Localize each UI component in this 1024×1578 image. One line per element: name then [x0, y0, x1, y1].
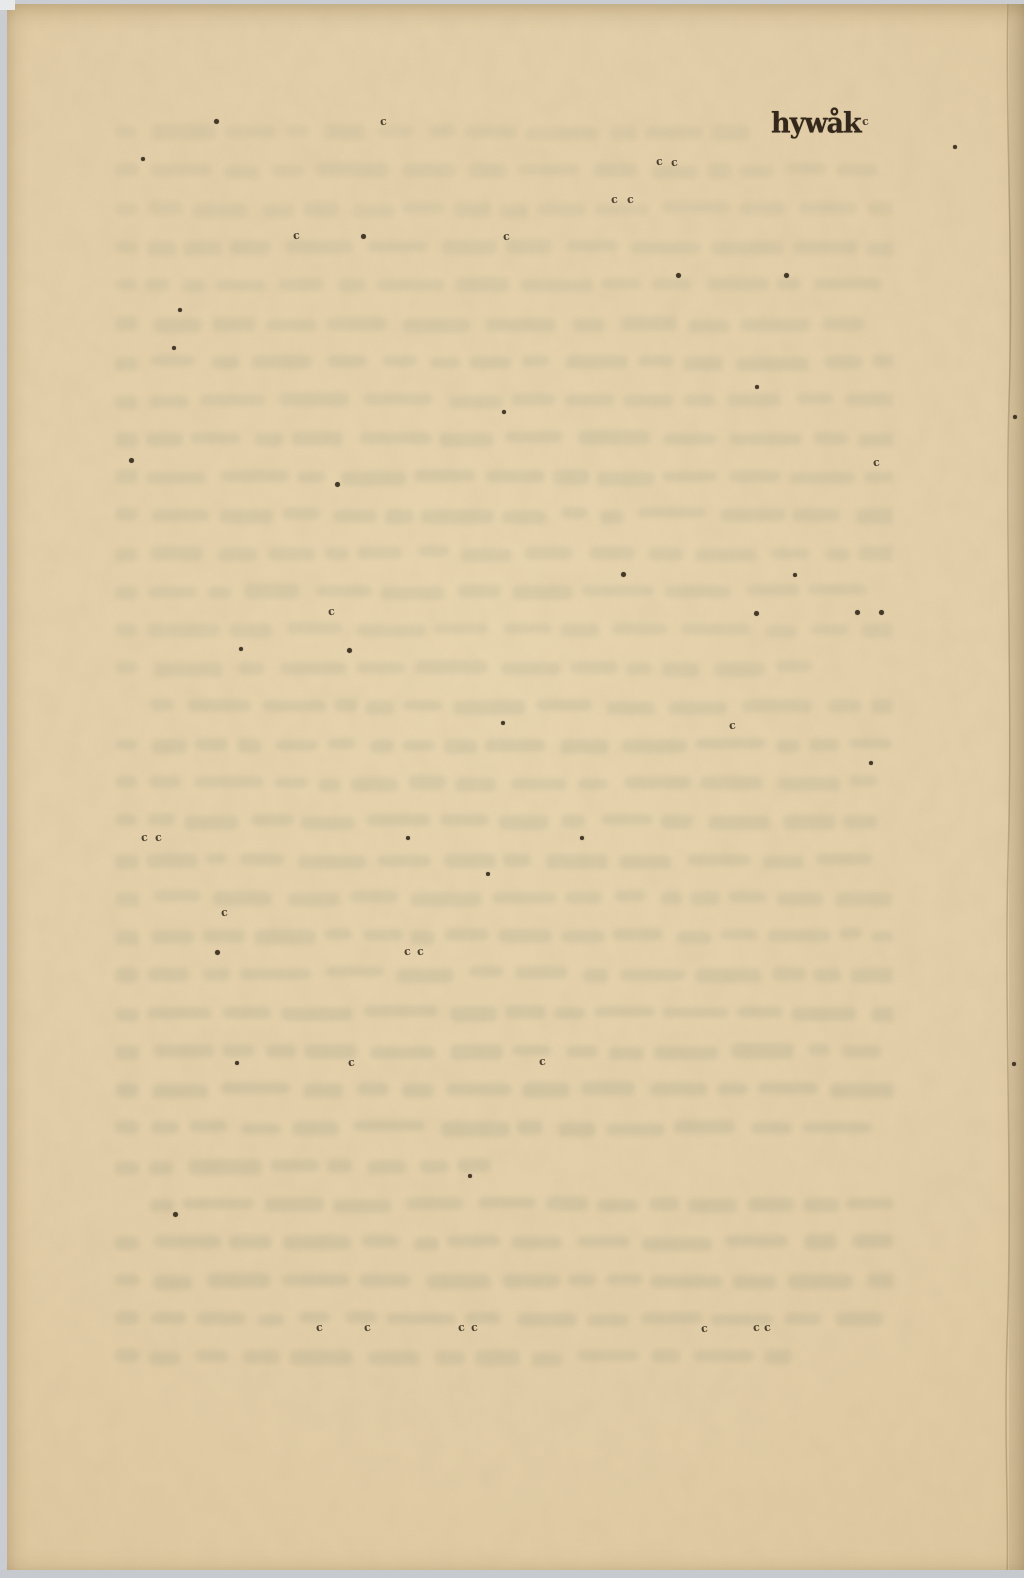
ink-speck-dot [953, 145, 957, 149]
ghost-word [183, 241, 222, 256]
ink-speck-dot [855, 610, 860, 615]
ghost-word [218, 547, 257, 562]
ghost-word [606, 1123, 665, 1136]
ghost-word [553, 469, 589, 485]
ghost-word [621, 739, 687, 752]
ghost-text-line [115, 1120, 893, 1137]
ghost-word [243, 1350, 278, 1364]
ghost-word [241, 1123, 281, 1135]
ghost-word [614, 890, 646, 902]
ghost-word [283, 1235, 351, 1250]
ghost-word [772, 967, 806, 982]
ghost-word [356, 624, 426, 637]
ghost-word [500, 204, 528, 218]
ghost-word [683, 356, 723, 371]
ghost-word [810, 624, 849, 635]
ink-speck-dot [1012, 1062, 1016, 1066]
ghost-word [843, 815, 877, 829]
ghost-word [554, 1007, 585, 1019]
ghost-word [377, 279, 444, 291]
ghost-word [115, 395, 138, 409]
ink-speck-dot [502, 410, 506, 414]
ghost-word [366, 814, 431, 826]
ghost-word [220, 470, 289, 482]
ghost-word [450, 1006, 496, 1022]
ghost-word [151, 739, 187, 754]
ghost-word [229, 623, 272, 637]
ghost-word [219, 509, 273, 524]
ghost-text-line [115, 890, 893, 907]
ghost-word [856, 508, 893, 523]
ghost-word [327, 1159, 353, 1173]
ghost-word [578, 430, 651, 445]
ghost-word [737, 1006, 783, 1018]
ghost-word [115, 1274, 139, 1287]
ghost-word [475, 1350, 520, 1366]
ghost-word [325, 966, 384, 977]
ghost-text-line [115, 1349, 820, 1366]
ghost-word [708, 163, 731, 178]
ghost-word [654, 1046, 718, 1060]
ink-speck-dot [172, 346, 176, 350]
ghost-word [292, 1121, 339, 1136]
ghost-word [664, 585, 731, 598]
ghost-word [828, 699, 862, 713]
ghost-word [601, 278, 641, 289]
ghost-word [115, 1045, 139, 1060]
book-page: ccccccccccccccccccccccccc hywåk [0, 0, 1024, 1578]
ghost-word [565, 891, 601, 905]
ghost-word [561, 814, 587, 829]
ghost-word [115, 1349, 139, 1362]
ghost-word [623, 394, 673, 407]
ghost-word [115, 967, 139, 983]
ink-speck-curl: c [154, 832, 162, 844]
ghost-word [581, 1081, 635, 1096]
ghost-word [152, 124, 217, 139]
ghost-word [700, 776, 764, 791]
ghost-word [560, 623, 599, 636]
ghost-word [502, 510, 546, 524]
ghost-word [402, 163, 456, 177]
ghost-word [382, 355, 417, 367]
ghost-word [188, 1159, 262, 1175]
ghost-word [652, 1349, 679, 1363]
ghost-word [207, 1273, 270, 1287]
ghost-word [406, 1197, 464, 1210]
ghost-word [334, 698, 358, 712]
ghost-word [662, 471, 717, 482]
ghost-word [194, 776, 263, 788]
ghost-word [748, 1197, 794, 1212]
ghost-word [115, 623, 138, 636]
ghost-word [694, 1350, 754, 1363]
ghost-word [115, 1120, 139, 1134]
ghost-text-line [115, 1081, 893, 1098]
ghost-word [195, 738, 228, 751]
ghost-word [430, 357, 461, 368]
ghost-word [115, 1008, 139, 1022]
ghost-word [182, 1198, 254, 1209]
ghost-word [115, 548, 138, 562]
ghost-word [457, 584, 501, 598]
ghost-word [154, 1235, 222, 1248]
ghost-word [364, 1005, 437, 1017]
ghost-word [115, 1311, 139, 1324]
ghost-text-line [115, 966, 893, 983]
ink-speck-dot [141, 157, 145, 161]
ink-speck-curl: c [292, 230, 300, 242]
ghost-word [708, 815, 769, 830]
ghost-word [649, 1197, 680, 1211]
ghost-word [521, 279, 594, 293]
ghost-word [380, 586, 445, 600]
ghost-word [867, 1273, 893, 1288]
ghost-word [729, 470, 780, 483]
ghost-word [421, 509, 493, 524]
ghost-word [469, 356, 510, 369]
ghost-word [546, 1196, 587, 1211]
ghost-word [789, 472, 856, 484]
ghost-text-line [115, 124, 762, 141]
ghost-word [837, 164, 878, 177]
ghost-word [402, 740, 436, 751]
ghost-word [115, 241, 138, 252]
ghost-word [279, 392, 349, 407]
ghost-word [338, 278, 366, 292]
ghost-word [630, 242, 701, 254]
ink-speck-curl: c [763, 1322, 771, 1334]
ink-speck-curl: c [379, 116, 387, 128]
ghost-word [221, 1082, 290, 1093]
ghost-word [115, 854, 139, 869]
ghost-word [350, 890, 398, 903]
ghost-word [324, 547, 348, 560]
ghost-word [453, 700, 525, 715]
ghost-word [149, 201, 182, 215]
ghost-word [650, 1275, 722, 1289]
ghost-word [298, 855, 367, 869]
ghost-word [517, 1120, 543, 1135]
ghost-word [446, 1083, 511, 1096]
ghost-word [282, 507, 320, 520]
ghost-word [115, 930, 139, 945]
ghost-word [442, 240, 497, 255]
ink-speck-dot [214, 119, 219, 124]
ghost-word [203, 929, 246, 943]
ghost-text-line [115, 1158, 520, 1175]
ghost-word [725, 1235, 789, 1247]
ghost-word [297, 471, 325, 483]
ink-speck-curl: c [416, 946, 424, 958]
ghost-text-line [115, 162, 893, 179]
ghost-word [237, 662, 265, 675]
ghost-word [690, 891, 720, 906]
ghost-word [561, 507, 588, 519]
ghost-word [776, 739, 800, 753]
ghost-word [650, 1082, 707, 1096]
ink-speck-dot [1013, 415, 1017, 419]
scanner-background-left [0, 0, 7, 1578]
scanner-background-corner [0, 0, 15, 10]
ghost-text-line [115, 583, 893, 600]
ghost-word [359, 1274, 410, 1286]
ghost-word [524, 546, 573, 560]
ghost-word [503, 853, 531, 867]
ghost-word [149, 1352, 180, 1366]
ghost-text-line [115, 430, 893, 447]
ghost-word [196, 1350, 229, 1362]
ink-speck-dot [235, 1061, 239, 1065]
ghost-word [714, 662, 765, 677]
ghost-word [611, 623, 667, 635]
ghost-word [326, 317, 386, 331]
ghost-word [115, 203, 138, 214]
ghost-word [146, 432, 183, 447]
ghost-word [620, 316, 677, 330]
ghost-word [115, 739, 138, 751]
ghost-word [587, 1314, 628, 1327]
ghost-word [871, 1007, 893, 1022]
ghost-word [115, 1083, 139, 1098]
ink-speck-curl: c [700, 1323, 708, 1335]
ink-speck-dot [178, 308, 182, 312]
ghost-word [768, 929, 830, 942]
ghost-word [793, 241, 858, 254]
ghost-text-line [115, 1273, 893, 1290]
ink-speck-dot [468, 1174, 472, 1178]
ink-speck-dot [784, 273, 789, 278]
ghost-word [777, 892, 824, 906]
ghost-word [764, 625, 797, 638]
ghost-word [565, 394, 615, 406]
ghost-word [363, 929, 402, 941]
ghost-word [660, 814, 693, 830]
ghost-word [251, 355, 312, 369]
ghost-word [368, 1351, 419, 1365]
ink-speck-dot [361, 234, 366, 239]
ghost-word [660, 891, 682, 905]
ghost-word [444, 739, 477, 754]
ghost-word [345, 1311, 377, 1323]
headword: hywåk [771, 108, 861, 139]
ghost-word [648, 547, 684, 561]
ghost-word [205, 853, 227, 864]
ghost-word [418, 545, 450, 557]
ghost-word [469, 163, 508, 178]
ghost-word [440, 814, 488, 827]
ghost-text-line [115, 928, 893, 945]
ghost-word [641, 1312, 702, 1324]
ghost-word [149, 776, 181, 787]
ghost-word [215, 280, 266, 291]
ghost-word [239, 968, 311, 980]
ghost-text-line [115, 737, 893, 754]
ink-speck-dot [129, 458, 134, 463]
ghost-word [597, 471, 654, 486]
ink-speck-curl: c [347, 1057, 355, 1069]
ghost-word [282, 1274, 350, 1285]
ghost-word [152, 509, 209, 523]
ghost-word [505, 431, 563, 443]
ghost-word [721, 929, 758, 941]
scanner-background-top [0, 0, 1024, 4]
ghost-word [115, 892, 139, 907]
ghost-word [838, 928, 862, 939]
ghost-word [151, 1121, 178, 1134]
ink-speck-curl: c [502, 231, 510, 243]
ghost-word [850, 968, 893, 983]
ghost-word [200, 394, 265, 406]
ghost-word [567, 240, 618, 252]
ink-speck-curl: c [752, 1322, 760, 1334]
ghost-word [150, 1199, 174, 1213]
ghost-word [620, 969, 685, 981]
ghost-word [115, 163, 138, 176]
ghost-word [822, 317, 864, 331]
ghost-text-line [115, 1234, 893, 1251]
ghost-word [652, 278, 691, 290]
ghost-text-line [115, 1311, 893, 1328]
ghost-word [712, 125, 750, 141]
ghost-word [352, 204, 394, 218]
ghost-word [512, 393, 555, 406]
ghost-text-line [150, 698, 893, 715]
ghost-word [318, 778, 341, 792]
ghost-word [465, 126, 517, 138]
ghost-word [303, 202, 338, 217]
ghost-word [835, 892, 892, 907]
ghost-word [449, 395, 503, 409]
ghost-word [115, 316, 138, 331]
ghost-word [385, 509, 413, 524]
ghost-word [145, 278, 170, 291]
ghost-word [287, 892, 340, 907]
ghost-word [503, 1274, 561, 1288]
ghost-word [378, 126, 413, 137]
ink-speck-curl: c [861, 116, 869, 128]
ghost-word [683, 394, 715, 407]
ghost-word [739, 165, 775, 177]
ghost-word [266, 1044, 296, 1058]
ghost-word [439, 432, 494, 447]
ghost-word [151, 930, 195, 944]
ghost-word [485, 318, 556, 332]
ghost-word [866, 242, 893, 256]
ghost-word [455, 277, 510, 291]
ghost-word [115, 814, 138, 826]
ghost-word [410, 930, 435, 944]
ghost-word [356, 662, 405, 674]
ghost-word [595, 204, 649, 216]
ghost-word [663, 433, 716, 445]
scanner-background-bottom [0, 1570, 1024, 1578]
ghost-word [845, 393, 893, 406]
ghost-word [610, 126, 636, 141]
ghost-word [518, 164, 579, 175]
ghost-word [328, 738, 356, 750]
ghost-word [783, 814, 835, 830]
ghost-word [377, 855, 431, 867]
ghost-word [501, 662, 561, 676]
ink-speck-dot [793, 573, 797, 577]
ghost-word [370, 1046, 435, 1059]
ghost-text-line [115, 1005, 893, 1022]
ghost-word [506, 239, 553, 254]
ghost-text-line [115, 354, 893, 371]
ink-speck-dot [755, 385, 759, 389]
ghost-word [115, 279, 138, 290]
ghost-word [711, 241, 783, 255]
ghost-word [262, 204, 294, 218]
ghost-word [597, 1199, 639, 1212]
ghost-word [609, 1046, 645, 1060]
ghost-word [804, 1234, 837, 1249]
ghost-word [526, 127, 600, 140]
ink-speck-dot [406, 836, 410, 840]
ghost-word [370, 739, 394, 752]
ghost-text-line [115, 545, 893, 562]
ghost-word [645, 126, 702, 138]
ghost-word [613, 928, 661, 941]
ink-speck-dot [173, 1212, 178, 1217]
ghost-word [414, 1237, 439, 1251]
ghost-word [485, 739, 546, 753]
ink-speck-curl: c [220, 907, 228, 919]
ghost-word [262, 700, 327, 712]
ghost-word [871, 931, 893, 942]
ghost-word [278, 278, 324, 291]
ghost-word [852, 1234, 893, 1247]
ghost-word [688, 1198, 737, 1213]
ghost-word [687, 854, 751, 866]
ghost-word [593, 163, 637, 178]
ink-speck-dot [347, 648, 352, 653]
ghost-word [154, 1044, 214, 1058]
ghost-word [154, 662, 222, 677]
ghost-word [362, 393, 433, 404]
ghost-word [153, 318, 202, 333]
ghost-word [258, 1314, 284, 1327]
ghost-word [290, 1350, 352, 1365]
ghost-word [146, 472, 207, 484]
ghost-word [457, 1158, 491, 1172]
ghost-word [731, 1043, 794, 1058]
ghost-word [115, 126, 137, 139]
ghost-word [268, 547, 315, 561]
ghost-word [150, 164, 211, 176]
ghost-word [785, 1313, 821, 1325]
ghost-word [402, 318, 470, 333]
ink-speck-dot [501, 721, 505, 725]
ghost-word [115, 1236, 139, 1250]
ghost-word [849, 738, 892, 749]
ghost-word [522, 1082, 570, 1098]
ink-speck-dot [580, 836, 584, 840]
ghost-word [532, 1352, 562, 1366]
ghost-word [353, 1120, 425, 1131]
ghost-word [536, 699, 592, 711]
ghost-word [402, 202, 445, 214]
ghost-word [420, 1160, 449, 1173]
ghost-word [662, 1007, 729, 1018]
ghost-word [146, 853, 198, 868]
ghost-word [681, 623, 750, 635]
faded-text-block [0, 0, 1024, 1578]
ghost-word [511, 1236, 562, 1249]
ghost-word [499, 815, 549, 830]
ghost-word [187, 699, 251, 712]
